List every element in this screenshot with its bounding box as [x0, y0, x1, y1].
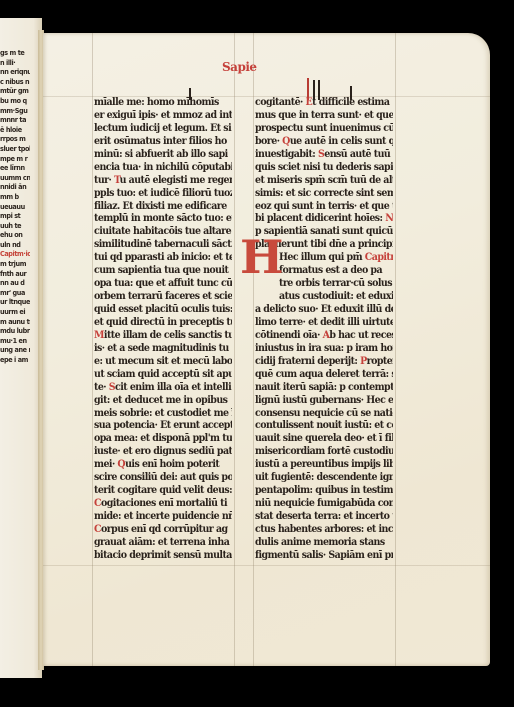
text-line: eoz qui sunt in terris· et que ti — [255, 200, 393, 213]
text-line: terit cogitare quid velit deus: — [94, 484, 232, 497]
rubricated-capital: M — [94, 329, 104, 341]
text-line: prospectu sunt inuenimus cū la — [255, 122, 393, 135]
text-line: niū nequicie fumigabūda con — [255, 497, 393, 510]
verso-text-line: rrpos m — [0, 134, 30, 144]
text-line: is· et a sede magnitudinis tu — [94, 342, 232, 355]
text-line: cōtinendi oīa· Ab hac ut recessit — [255, 329, 393, 342]
text-line: cum sapientia tua que nouit — [94, 264, 232, 277]
text-line: iustū a pereuntibus impijs libera — [255, 458, 393, 471]
verso-text-line: epe i am — [0, 355, 30, 365]
verso-page-edge: gs m ten illi·nn eriqnuc nibus nmtūr gmb… — [0, 18, 42, 678]
verso-text-line: Capitm·ic — [0, 249, 30, 259]
text-line: quid esset placitū oculis tuis: — [94, 303, 232, 316]
text-line: opa tua: que et affuit tunc cū — [94, 277, 232, 290]
verso-text-line: uln nd — [0, 240, 30, 250]
rubricated-capital: N — [385, 212, 393, 224]
text-line: Mitte illam de celis sanctis tu — [94, 329, 232, 342]
text-line: quē cum aqua deleret terrā: sa — [255, 368, 393, 381]
verso-text-line: mtūr gm — [0, 86, 30, 96]
text-line: a delicto suo· Et eduxit illū de — [255, 303, 393, 316]
verso-text-line: mr' gua — [0, 288, 30, 298]
verso-text-line: mm·Sgu — [0, 106, 30, 116]
text-line: mīalle me: homo mīhomīs — [94, 96, 232, 109]
verso-text-line: nn eriqnu — [0, 67, 30, 77]
text-line: iuste· et ero dignus sediū patr' — [94, 445, 232, 458]
verso-text-line: ee līrnn — [0, 163, 30, 173]
text-line: encia tua· in nichilū cōputabi — [94, 161, 232, 174]
text-line: scire consiliū dei: aut quis po — [94, 471, 232, 484]
text-line: ciuitate habitacōis tue altare — [94, 225, 232, 238]
text-column-left: mīalle me: homo mīhomīser exiguī ipis· e… — [94, 96, 232, 562]
text-line: git: et deducet me in opibus — [94, 394, 232, 407]
verso-text-line: c nibus n — [0, 77, 30, 87]
verso-text-line: n illi· — [0, 58, 30, 68]
ruling-left-col-right — [234, 33, 235, 666]
text-line: et miseris spm̄ scm̄ tuū de altis — [255, 174, 393, 187]
verso-text-line: ur ltnque — [0, 297, 30, 307]
text-line: Corpus enī qd̄ corrūpitur ag — [94, 523, 232, 536]
rubricated-capital: C — [94, 523, 101, 535]
text-line: pentapolim: quibus in testimo — [255, 484, 393, 497]
rubricated-capital: Q — [117, 458, 125, 470]
text-line: opa mea: et disponā ppl'm tuū — [94, 432, 232, 445]
ruling-right-col-left — [253, 33, 254, 666]
text-line: misericordiam fortē custodiuit· Hec — [255, 445, 393, 458]
verso-text-line: sluer tpoh — [0, 144, 30, 154]
text-line: inuestigabit: Sensū autē tuū — [255, 148, 393, 161]
text-line: figmentū salis· Sapiām enī pre — [255, 549, 393, 562]
text-line: Cogitaciones enī mortaliū ti — [94, 497, 232, 510]
text-line: filiaz. Et dixisti me edificare — [94, 200, 232, 213]
text-line: mide: et incerte puidencie nr̄e· — [94, 510, 232, 523]
text-line: iniustus in ira sua: p iram homi — [255, 342, 393, 355]
verso-text-line: uuh te — [0, 221, 30, 231]
text-line: dulis anime memoria stans — [255, 536, 393, 549]
verso-text-fragment: gs m ten illi·nn eriqnuc nibus nmtūr gmb… — [0, 48, 30, 365]
text-line: consensu nequicie cū se nationes — [255, 407, 393, 420]
text-column-right: cogitantē· Et difficile estimamus que in… — [255, 96, 393, 562]
text-line: cogitantē· Et difficile estima — [255, 96, 393, 109]
ruling-left-col-left — [92, 33, 93, 666]
text-line: tui qd̄ pparasti ab inicio: et te — [94, 251, 232, 264]
verso-text-line: ung ane n — [0, 345, 30, 355]
text-line: uauit sine querela deo· et ī filij — [255, 432, 393, 445]
verso-text-line: mu·1 en — [0, 336, 30, 346]
text-line: sua potencia· Et erunt accepta — [94, 419, 232, 432]
text-line: bitacio deprimit sensū multa — [94, 549, 232, 562]
verso-text-line: m trjum — [0, 259, 30, 269]
verso-text-line: mnnr ta — [0, 115, 30, 125]
text-line: atus custodiuit: et eduxit illū — [255, 290, 393, 303]
running-head: Sapie — [222, 60, 257, 74]
text-line: lignū iustū gubernans· Hec et ī — [255, 394, 393, 407]
text-line: uit fugientē: descendente igne in — [255, 471, 393, 484]
text-line: nauit iterū sapiā: p contemptibile — [255, 381, 393, 394]
text-line: cidij fraterni deperijt: Propter — [255, 355, 393, 368]
text-line: lectum iudicij et legum. Et si qs — [94, 122, 232, 135]
verso-text-line: uurm ei — [0, 307, 30, 317]
verso-text-line: ehu on — [0, 230, 30, 240]
text-line: quis sciet nisi tu dederis sapiē — [255, 161, 393, 174]
verso-text-line: ueuauu — [0, 202, 30, 212]
verso-text-line: gs m te — [0, 48, 30, 58]
rubricated-capital: Q — [282, 135, 290, 147]
text-line: e: ut mecum sit et mecū laboret: — [94, 355, 232, 368]
text-line: ut sciam quid acceptū sit apud — [94, 368, 232, 381]
verso-text-line: mpi st — [0, 211, 30, 221]
text-line: orbem terrarū faceres et sciebat — [94, 290, 232, 303]
text-line: tur· Tu autē elegisti me regem — [94, 174, 232, 187]
verso-text-line: fnth aur — [0, 269, 30, 279]
verso-text-line: mdu lubr — [0, 326, 30, 336]
text-line: erit osūmatus inter filios ho — [94, 135, 232, 148]
text-line: ctus habentes arbores: et incre — [255, 523, 393, 536]
ruling-right-col-right — [395, 33, 396, 666]
verso-text-line: bu mo q — [0, 96, 30, 106]
text-line: bore· Que autē in celis sunt quis — [255, 135, 393, 148]
text-line: bi placent didicerint hoīes: Nā — [255, 212, 393, 225]
text-line: simis: et sic correcte sint semite — [255, 187, 393, 200]
ruling-bottom — [43, 565, 490, 566]
decorated-initial: H — [240, 234, 274, 280]
text-line: mus que in terra sunt· et que in — [255, 109, 393, 122]
text-line: templū in monte sācto tuo: et in — [94, 212, 232, 225]
text-line: limo terre· et dedit illi uirtutem — [255, 316, 393, 329]
text-line: ppls tuo: et iudicē filiorū tuoz 1 — [94, 187, 232, 200]
text-line: meis sobrie: et custodiet me ī — [94, 407, 232, 420]
verso-text-line: nn au d — [0, 278, 30, 288]
verso-text-line: nnidi ān — [0, 182, 30, 192]
verso-text-line: mpe m r — [0, 154, 30, 164]
text-line: er exiguī ipis· et mmoz ad intel — [94, 109, 232, 122]
text-line: grauat aiām: et terrena inha — [94, 536, 232, 549]
rubricated-capital: C — [94, 497, 101, 509]
text-line: contulissent nouit iustū: et conser — [255, 419, 393, 432]
verso-text-line: m aunu tu — [0, 317, 30, 327]
text-line: te· Scit enim illa oīa et intelli — [94, 381, 232, 394]
text-line: stat deserta terra: et incerto tēpe fru — [255, 510, 393, 523]
text-line: et quid directū in preceptis tuis. — [94, 316, 232, 329]
verso-text-line: uumm cn — [0, 173, 30, 183]
text-line: mei· Quis enī hoim poterit — [94, 458, 232, 471]
text-line: similitudinē tabernaculi sācti — [94, 238, 232, 251]
verso-text-line: ē hloie — [0, 125, 30, 135]
text-line: minū: si abfuerit ab illo sapi — [94, 148, 232, 161]
verso-text-line: mm b — [0, 192, 30, 202]
chapter-rubric: Capitm·x· — [365, 251, 393, 263]
